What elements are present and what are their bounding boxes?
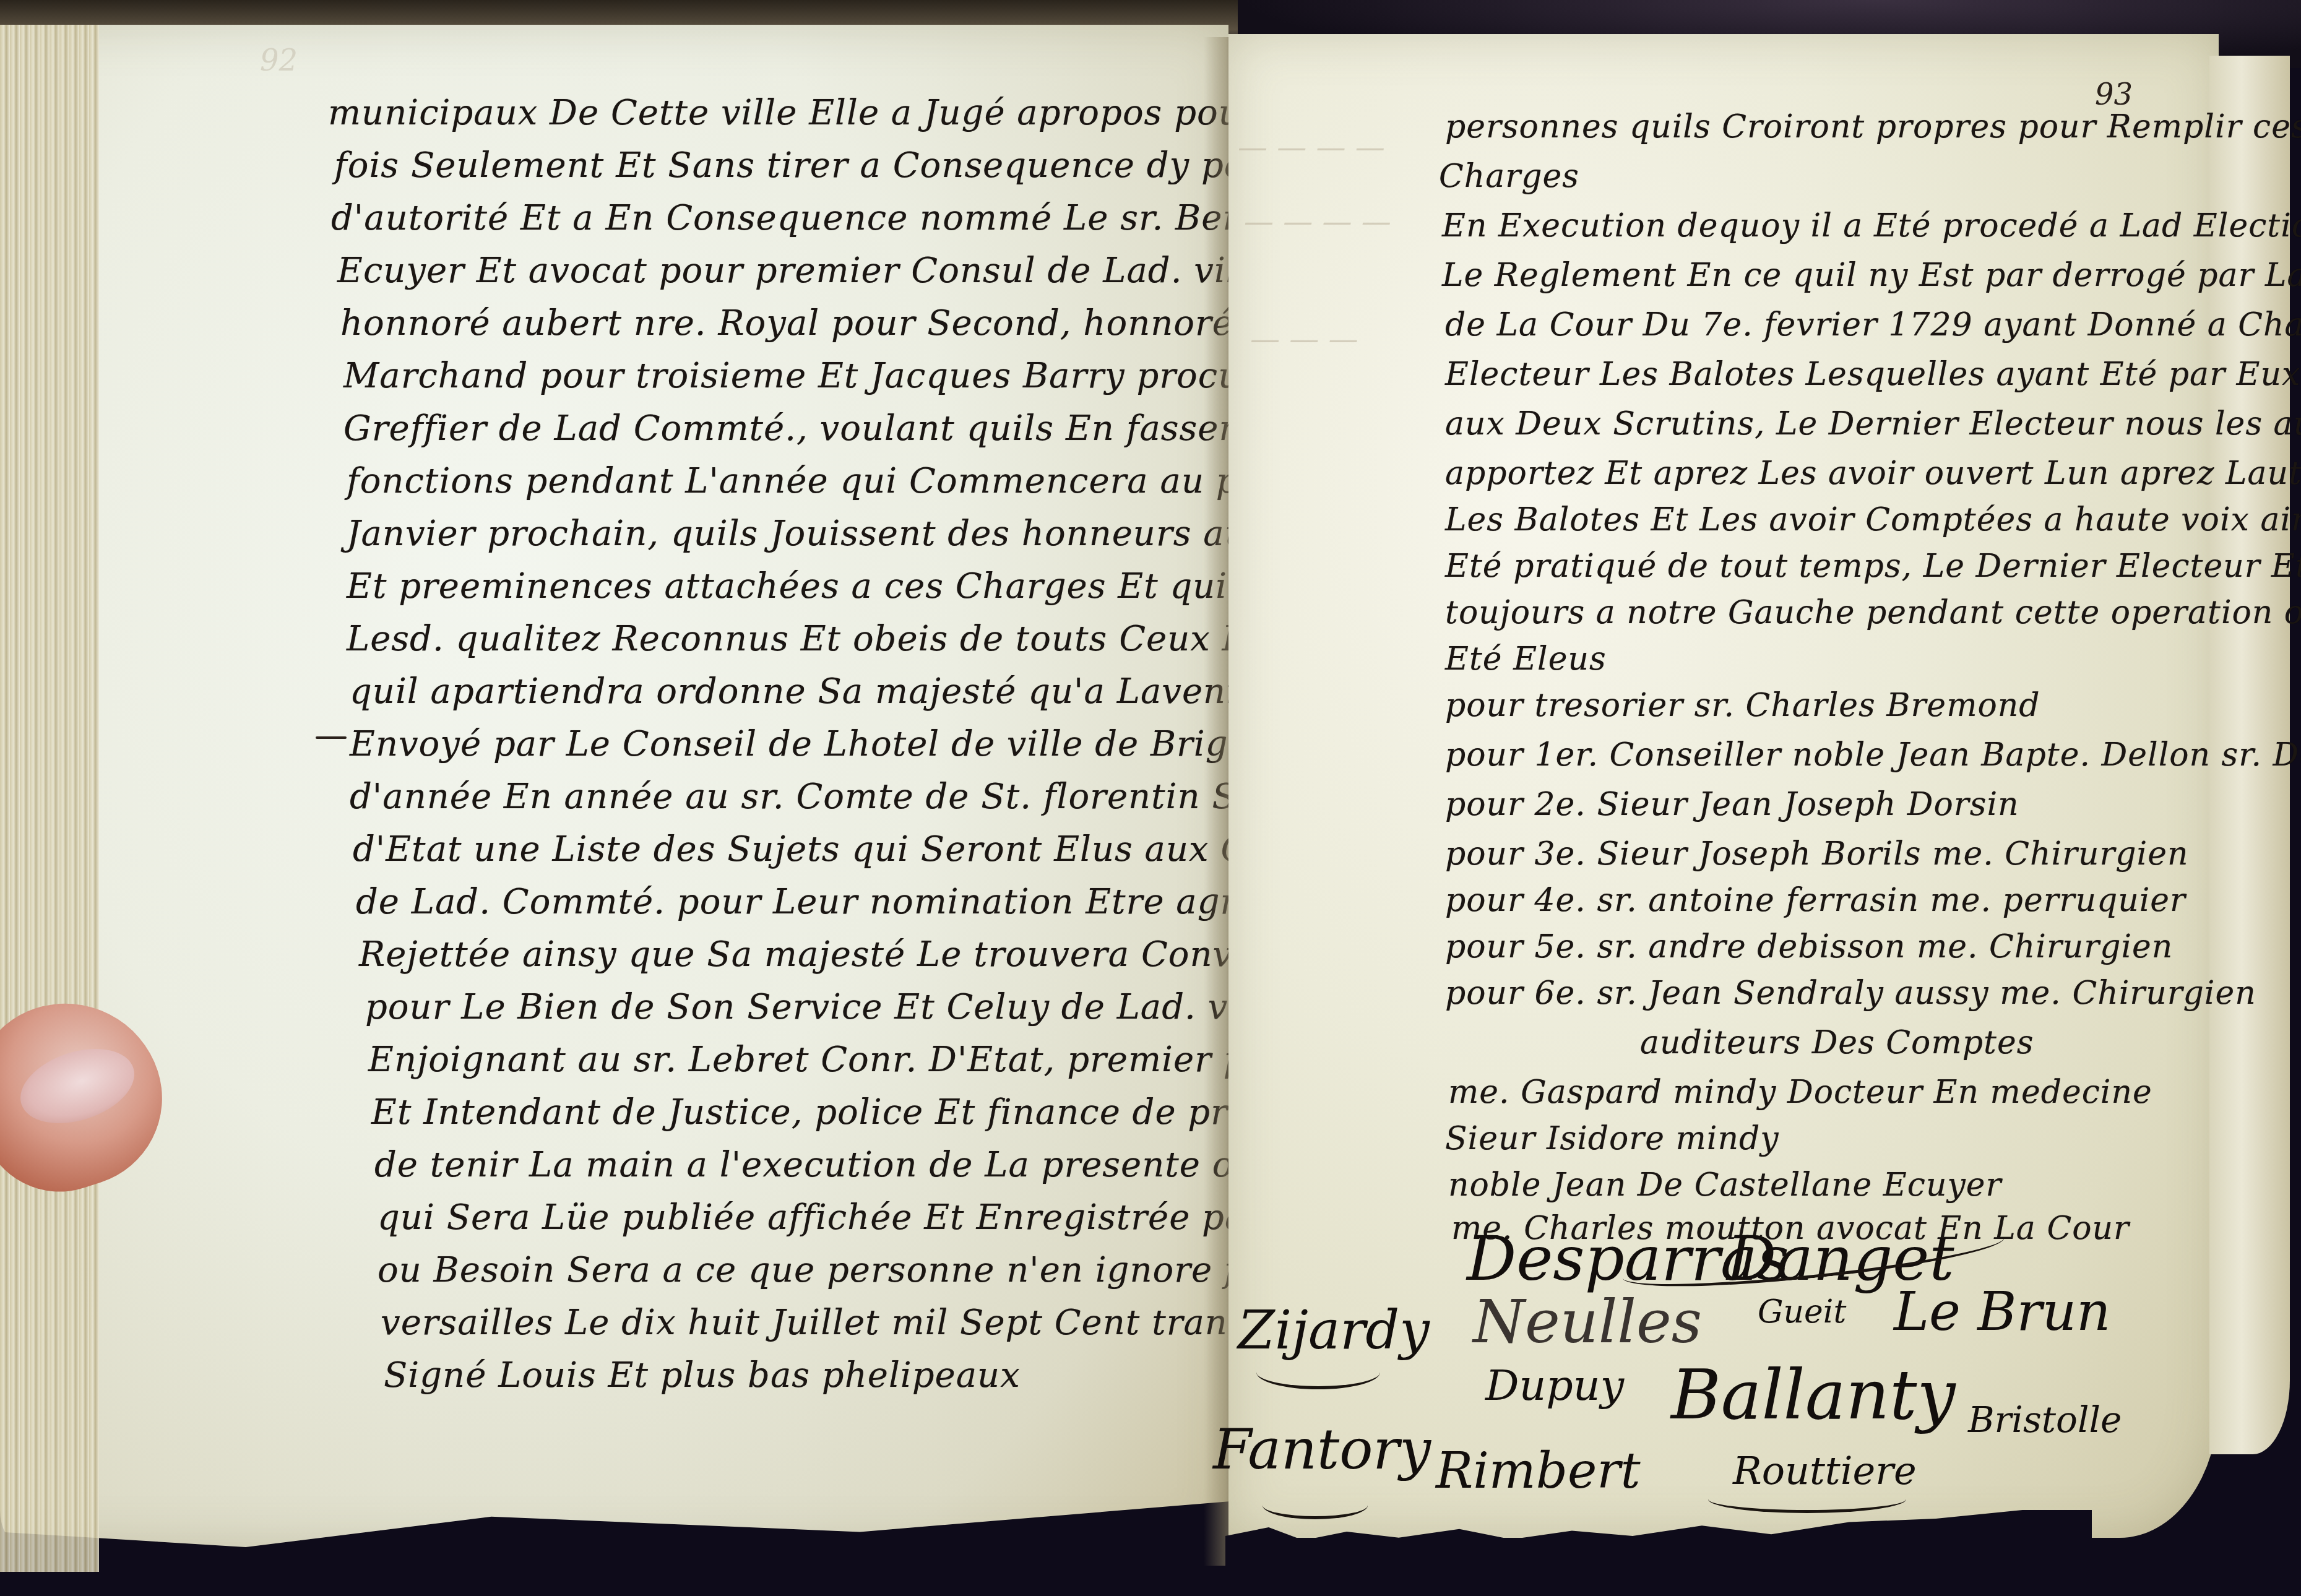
- signature: Le Brun: [1894, 1281, 2110, 1343]
- page-number: 93: [2095, 77, 2133, 112]
- elected-row: pour 3e. Sieur Joseph Borils me. Chirurg…: [1445, 835, 2189, 873]
- elected-role: pour 6e.: [1445, 975, 1586, 1012]
- text-line: toujours a notre Gauche pendant cette op…: [1445, 594, 2301, 631]
- elected-name: Sieur Jean Joseph Dorsin: [1597, 786, 2019, 823]
- margin-dash: [316, 736, 347, 739]
- text-line: Charges: [1439, 158, 1579, 195]
- elected-role: pour 2e.: [1445, 786, 1586, 823]
- signature: Dupuy: [1485, 1361, 1624, 1410]
- elected-row: pour 6e. sr. Jean Sendraly aussy me. Chi…: [1445, 975, 2256, 1012]
- auditor-line: Sieur Isidore mindy: [1445, 1120, 1779, 1157]
- elected-role: pour 1er. Conseiller: [1445, 736, 1781, 774]
- elected-row: pour 2e. Sieur Jean Joseph Dorsin: [1445, 786, 2019, 823]
- elected-name: sr. Jean Sendraly aussy me. Chirurgien: [1597, 975, 2256, 1012]
- text-line: Eté Eleus: [1445, 641, 1607, 678]
- elected-row: pour tresorier sr. Charles Bremond: [1445, 687, 2040, 724]
- elected-role: pour 5e.: [1445, 928, 1586, 965]
- bleed-through-text: — — — —: [1244, 204, 1391, 239]
- auditor-line: me. Gaspard mindy Docteur En medecine: [1448, 1074, 2152, 1111]
- text-line: de tenir La main a l'execution de La pre…: [374, 1145, 1326, 1185]
- left-page-stack-edge: [0, 25, 99, 1572]
- text-line: pour Le Bien de Son Service Et Celuy de …: [365, 987, 1331, 1027]
- elected-role: pour 3e.: [1445, 835, 1586, 873]
- elected-row: pour 4e. sr. antoine ferrasin me. perruq…: [1445, 882, 2186, 919]
- signature: Fantory: [1213, 1417, 1431, 1482]
- elected-name: sr. andre debisson me. Chirurgien: [1597, 928, 2173, 965]
- signature: Zijardy: [1238, 1300, 1430, 1361]
- signature: Neulles: [1473, 1287, 1702, 1357]
- elected-name: Sieur Joseph Borils me. Chirurgien: [1597, 835, 2188, 873]
- signature-flourish: [1256, 1355, 1380, 1389]
- auditors-heading: auditeurs Des Comptes: [1640, 1024, 2034, 1061]
- elected-name: sr. Charles Bremond: [1694, 687, 2040, 724]
- signature: Ballanty: [1671, 1355, 1956, 1434]
- text-line: personnes quils Croiront propres pour Re…: [1445, 108, 2301, 145]
- elected-role: pour 4e.: [1445, 882, 1586, 919]
- text-line: Signé Louis Et plus bas phelipeaux: [384, 1355, 1021, 1395]
- text-line: Les Balotes Et Les avoir Comptées a haut…: [1445, 501, 2301, 538]
- signature: Bristolle: [1968, 1399, 2122, 1441]
- elected-row: pour 5e. sr. andre debisson me. Chirurgi…: [1445, 928, 2173, 965]
- signature: Rimbert: [1436, 1442, 1641, 1499]
- bleed-through-text: — — —: [1250, 322, 1358, 356]
- elected-role: pour tresorier: [1445, 687, 1683, 724]
- elected-row: pour 1er. Conseiller noble Jean Bapte. D…: [1445, 736, 2301, 774]
- text-line: Eté pratiqué de tout temps, Le Dernier E…: [1445, 548, 2301, 585]
- auditor-line: noble Jean De Castellane Ecuyer: [1448, 1167, 2001, 1204]
- signature-flourish: [1708, 1485, 1906, 1513]
- elected-name: sr. antoine ferrasin me. perruquier: [1597, 882, 2186, 919]
- text-line: ou Besoin Sera a ce que personne n'en ig…: [378, 1250, 1318, 1290]
- text-line: Electeur Les Balotes Lesquelles ayant Et…: [1445, 356, 2301, 393]
- text-line: En Execution dequoy il a Eté procedé a L…: [1442, 207, 2301, 244]
- manuscript-photo: 92 municipaux De Cette ville Elle a Jugé…: [0, 0, 2301, 1596]
- elected-name: noble Jean Bapte. Dellon sr. De Ste. mar…: [1792, 736, 2301, 774]
- text-line: apportez Et aprez Les avoir ouvert Lun a…: [1445, 455, 2301, 492]
- signature-flourish: [1263, 1491, 1368, 1519]
- text-line: de La Cour Du 7e. fevrier 1729 ayant Don…: [1445, 306, 2301, 343]
- bleed-through-text: — — — —: [1238, 130, 1385, 165]
- text-line: de Lad. Commté. pour Leur nomination Etr…: [356, 882, 1336, 922]
- left-folio-ghost: 92: [260, 43, 298, 78]
- text-line: aux Deux Scrutins, Le Dernier Electeur n…: [1445, 405, 2301, 442]
- signature: Gueit: [1758, 1293, 1846, 1331]
- text-line: Le Reglement En ce quil ny Est par derro…: [1442, 257, 2301, 294]
